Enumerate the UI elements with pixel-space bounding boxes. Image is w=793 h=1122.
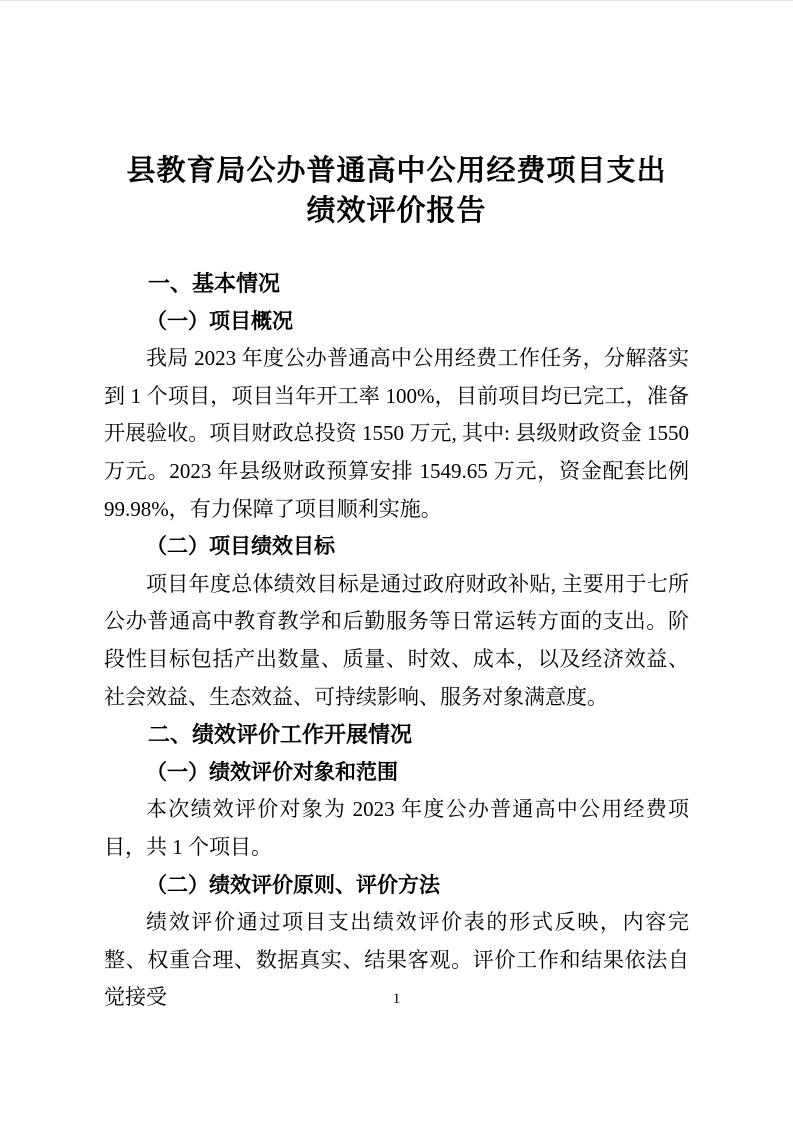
section-heading-sub: （一）绩效评价对象和范围	[104, 754, 689, 792]
document-title-line-2: 绩效评价报告	[70, 191, 723, 231]
section-heading-major: 一、基本情况	[104, 265, 689, 303]
section-heading-sub: （二）绩效评价原则、评价方法	[104, 867, 689, 905]
section-heading-major: 二、绩效评价工作开展情况	[104, 716, 689, 754]
document-title: 县教育局公办普通高中公用经费项目支出 绩效评价报告	[70, 151, 723, 231]
body-paragraph: 我局 2023 年度公办普通高中公用经费工作任务，分解落实到 1 个项目，项目当…	[104, 340, 689, 528]
document-title-line-1: 县教育局公办普通高中公用经费项目支出	[70, 151, 723, 191]
document-body: 一、基本情况 （一）项目概况 我局 2023 年度公办普通高中公用经费工作任务，…	[104, 265, 689, 1017]
document-page: 县教育局公办普通高中公用经费项目支出 绩效评价报告 一、基本情况 （一）项目概况…	[0, 0, 793, 1122]
section-heading-sub: （二）项目绩效目标	[104, 528, 689, 566]
body-paragraph: 本次绩效评价对象为 2023 年度公办普通高中公用经费项目，共 1 个项目。	[104, 791, 689, 866]
page-number: 1	[0, 991, 793, 1008]
body-paragraph: 项目年度总体绩效目标是通过政府财政补贴, 主要用于七所公办普通高中教育教学和后勤…	[104, 566, 689, 716]
section-heading-sub: （一）项目概况	[104, 303, 689, 341]
